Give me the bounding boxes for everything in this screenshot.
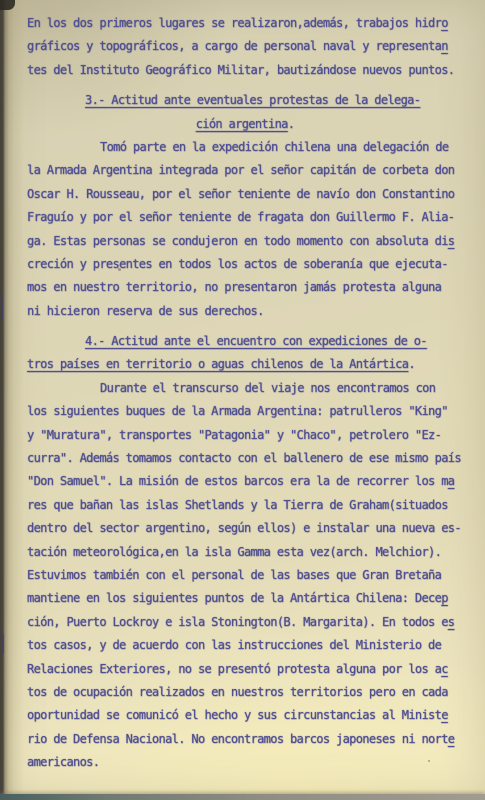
text-segment: ción, Puerto Lockroy e isla Stonington(B…: [27, 615, 448, 629]
typewritten-line: tes del Instituto Geográfico Militar, ba…: [27, 59, 463, 82]
text-segment: e: [441, 708, 448, 722]
typewritten-line: mantiene en los siguientes puntos de la …: [27, 587, 463, 610]
text-segment: creción y presentes en todos los actos d…: [27, 257, 448, 271]
text-segment: Estuvimos también con el personal de las…: [27, 568, 441, 582]
typewritten-line: los siguientes buques de la Armada Argen…: [27, 400, 463, 423]
typewritten-line: Fraguío y por el señor teniente de fraga…: [27, 206, 463, 229]
typewritten-line: dentro del sector argentino, según ellos…: [27, 517, 463, 540]
typewritten-line: y "Muratura", transportes "Patagonia" y …: [27, 424, 463, 447]
typewritten-line: oportunidad se comunicó el hecho y sus c…: [27, 704, 463, 727]
section-heading-line: ción argentina.: [27, 113, 463, 136]
text-segment: americanos.: [27, 755, 99, 769]
text-segment: oportunidad se comunicó el hecho y sus c…: [27, 708, 441, 722]
typewritten-line: tos casos, y de acuerdo con las instrucc…: [27, 634, 463, 657]
text-segment: tación meteorológica,en la isla Gamma es…: [27, 545, 441, 559]
text-segment: tos de ocupación realizados en nuestros …: [27, 685, 448, 699]
section-heading-line: 3.- Actitud ante eventuales protestas de…: [27, 89, 463, 112]
typewritten-line: mos en nuestro territorio, no presentaro…: [27, 276, 463, 299]
typewritten-line: ga. Estas personas se condujeron en todo…: [27, 230, 463, 253]
text-segment: s: [448, 615, 455, 629]
typewritten-line: Durante el transcurso del viaje nos enco…: [27, 377, 463, 400]
text-segment: .: [288, 117, 295, 131]
text-segment: n: [441, 39, 448, 53]
text-segment: 3.- Actitud ante eventuales protestas de…: [85, 93, 420, 107]
text-segment: curra". Además tomamos contacto con el b…: [27, 451, 461, 465]
typewritten-line: ni hicieron reserva de sus derechos.: [27, 300, 463, 323]
scan-left-edge: [0, 0, 24, 800]
typewritten-line: Estuvimos también con el personal de las…: [27, 564, 463, 587]
document-lines: En los dos primeros lugares se realizaro…: [27, 12, 463, 775]
text-segment: Oscar H. Rousseau, por el señor teniente…: [27, 187, 454, 201]
typewritten-line: Oscar H. Rousseau, por el señor teniente…: [27, 183, 463, 206]
text-segment: ga. Estas personas se condujeron en todo…: [27, 234, 448, 248]
text-segment: c: [441, 662, 448, 676]
typewritten-line: la Armada Argentina integrada por el señ…: [27, 159, 463, 182]
typewritten-line: ción, Puerto Lockroy e isla Stonington(B…: [27, 611, 463, 634]
scan-bottom-edge: [0, 794, 485, 800]
typewritten-line: Tomó parte en la expedición chilena una …: [27, 136, 463, 159]
text-segment: Relaciones Exteriores, no se presentó pr…: [27, 662, 441, 676]
text-segment: "Don Samuel". La misión de estos barcos …: [27, 474, 448, 488]
typewritten-line: curra". Además tomamos contacto con el b…: [27, 447, 463, 470]
text-segment: a: [448, 474, 455, 488]
scanned-document-page: En los dos primeros lugares se realizaro…: [0, 0, 485, 800]
text-segment: rio de Defensa Nacional. No encontramos …: [27, 732, 448, 746]
text-segment: la Armada Argentina integrada por el señ…: [27, 163, 454, 177]
typewritten-line: "Don Samuel". La misión de estos barcos …: [27, 470, 463, 493]
text-segment: p: [441, 591, 448, 605]
text-segment: tros países en territorio o aguas chilen…: [27, 357, 408, 371]
text-segment: Tomó parte en la expedición chilena una …: [100, 140, 448, 154]
text-segment: s: [448, 234, 455, 248]
margin-ink-mark: [1, 296, 3, 320]
typewritten-line: creción y presentes en todos los actos d…: [27, 253, 463, 276]
typewritten-line: tos de ocupación realizados en nuestros …: [27, 681, 463, 704]
text-segment: Durante el transcurso del viaje nos enco…: [100, 381, 435, 395]
text-segment: e: [448, 732, 455, 746]
text-segment: 4.- Actitud ante el encuentro con expedi…: [85, 334, 427, 348]
typewritten-line: gráficos y topográficos, a cargo de pers…: [27, 35, 463, 58]
paper-speck: [118, 268, 121, 271]
text-segment: mantiene en los siguientes puntos de la …: [27, 591, 441, 605]
text-segment: .: [408, 357, 415, 371]
text-segment: ni hicieron reserva de sus derechos.: [27, 304, 264, 318]
text-segment: ción argentina: [196, 117, 288, 131]
section-heading-line: 4.- Actitud ante el encuentro con expedi…: [27, 330, 463, 353]
typewritten-line: tación meteorológica,en la isla Gamma es…: [27, 541, 463, 564]
section-heading-line: tros países en territorio o aguas chilen…: [27, 353, 463, 376]
text-segment: Fraguío y por el señor teniente de fraga…: [27, 210, 454, 224]
text-segment: gráficos y topográficos, a cargo de pers…: [27, 39, 441, 53]
text-segment: y "Muratura", transportes "Patagonia" y …: [27, 428, 441, 442]
text-segment: mos en nuestro territorio, no presentaro…: [27, 280, 441, 294]
text-segment: tos casos, y de acuerdo con las instrucc…: [27, 638, 441, 652]
text-segment: los siguientes buques de la Armada Argen…: [27, 404, 448, 418]
typewritten-line: rio de Defensa Nacional. No encontramos …: [27, 728, 463, 751]
typewritten-line: En los dos primeros lugares se realizaro…: [27, 12, 463, 35]
paper-speck: [428, 760, 430, 762]
text-segment: tes del Instituto Geográfico Militar, ba…: [27, 63, 454, 77]
typewritten-line: res que bañan las islas Shetlands y la T…: [27, 494, 463, 517]
text-segment: res que bañan las islas Shetlands y la T…: [27, 498, 448, 512]
text-segment: dentro del sector argentino, según ellos…: [27, 521, 461, 535]
text-segment: o: [441, 16, 448, 30]
typewritten-line: americanos.: [27, 751, 463, 774]
text-segment: En los dos primeros lugares se realizaro…: [27, 16, 441, 30]
typewritten-line: Relaciones Exteriores, no se presentó pr…: [27, 658, 463, 681]
margin-ink-mark: [2, 634, 4, 654]
